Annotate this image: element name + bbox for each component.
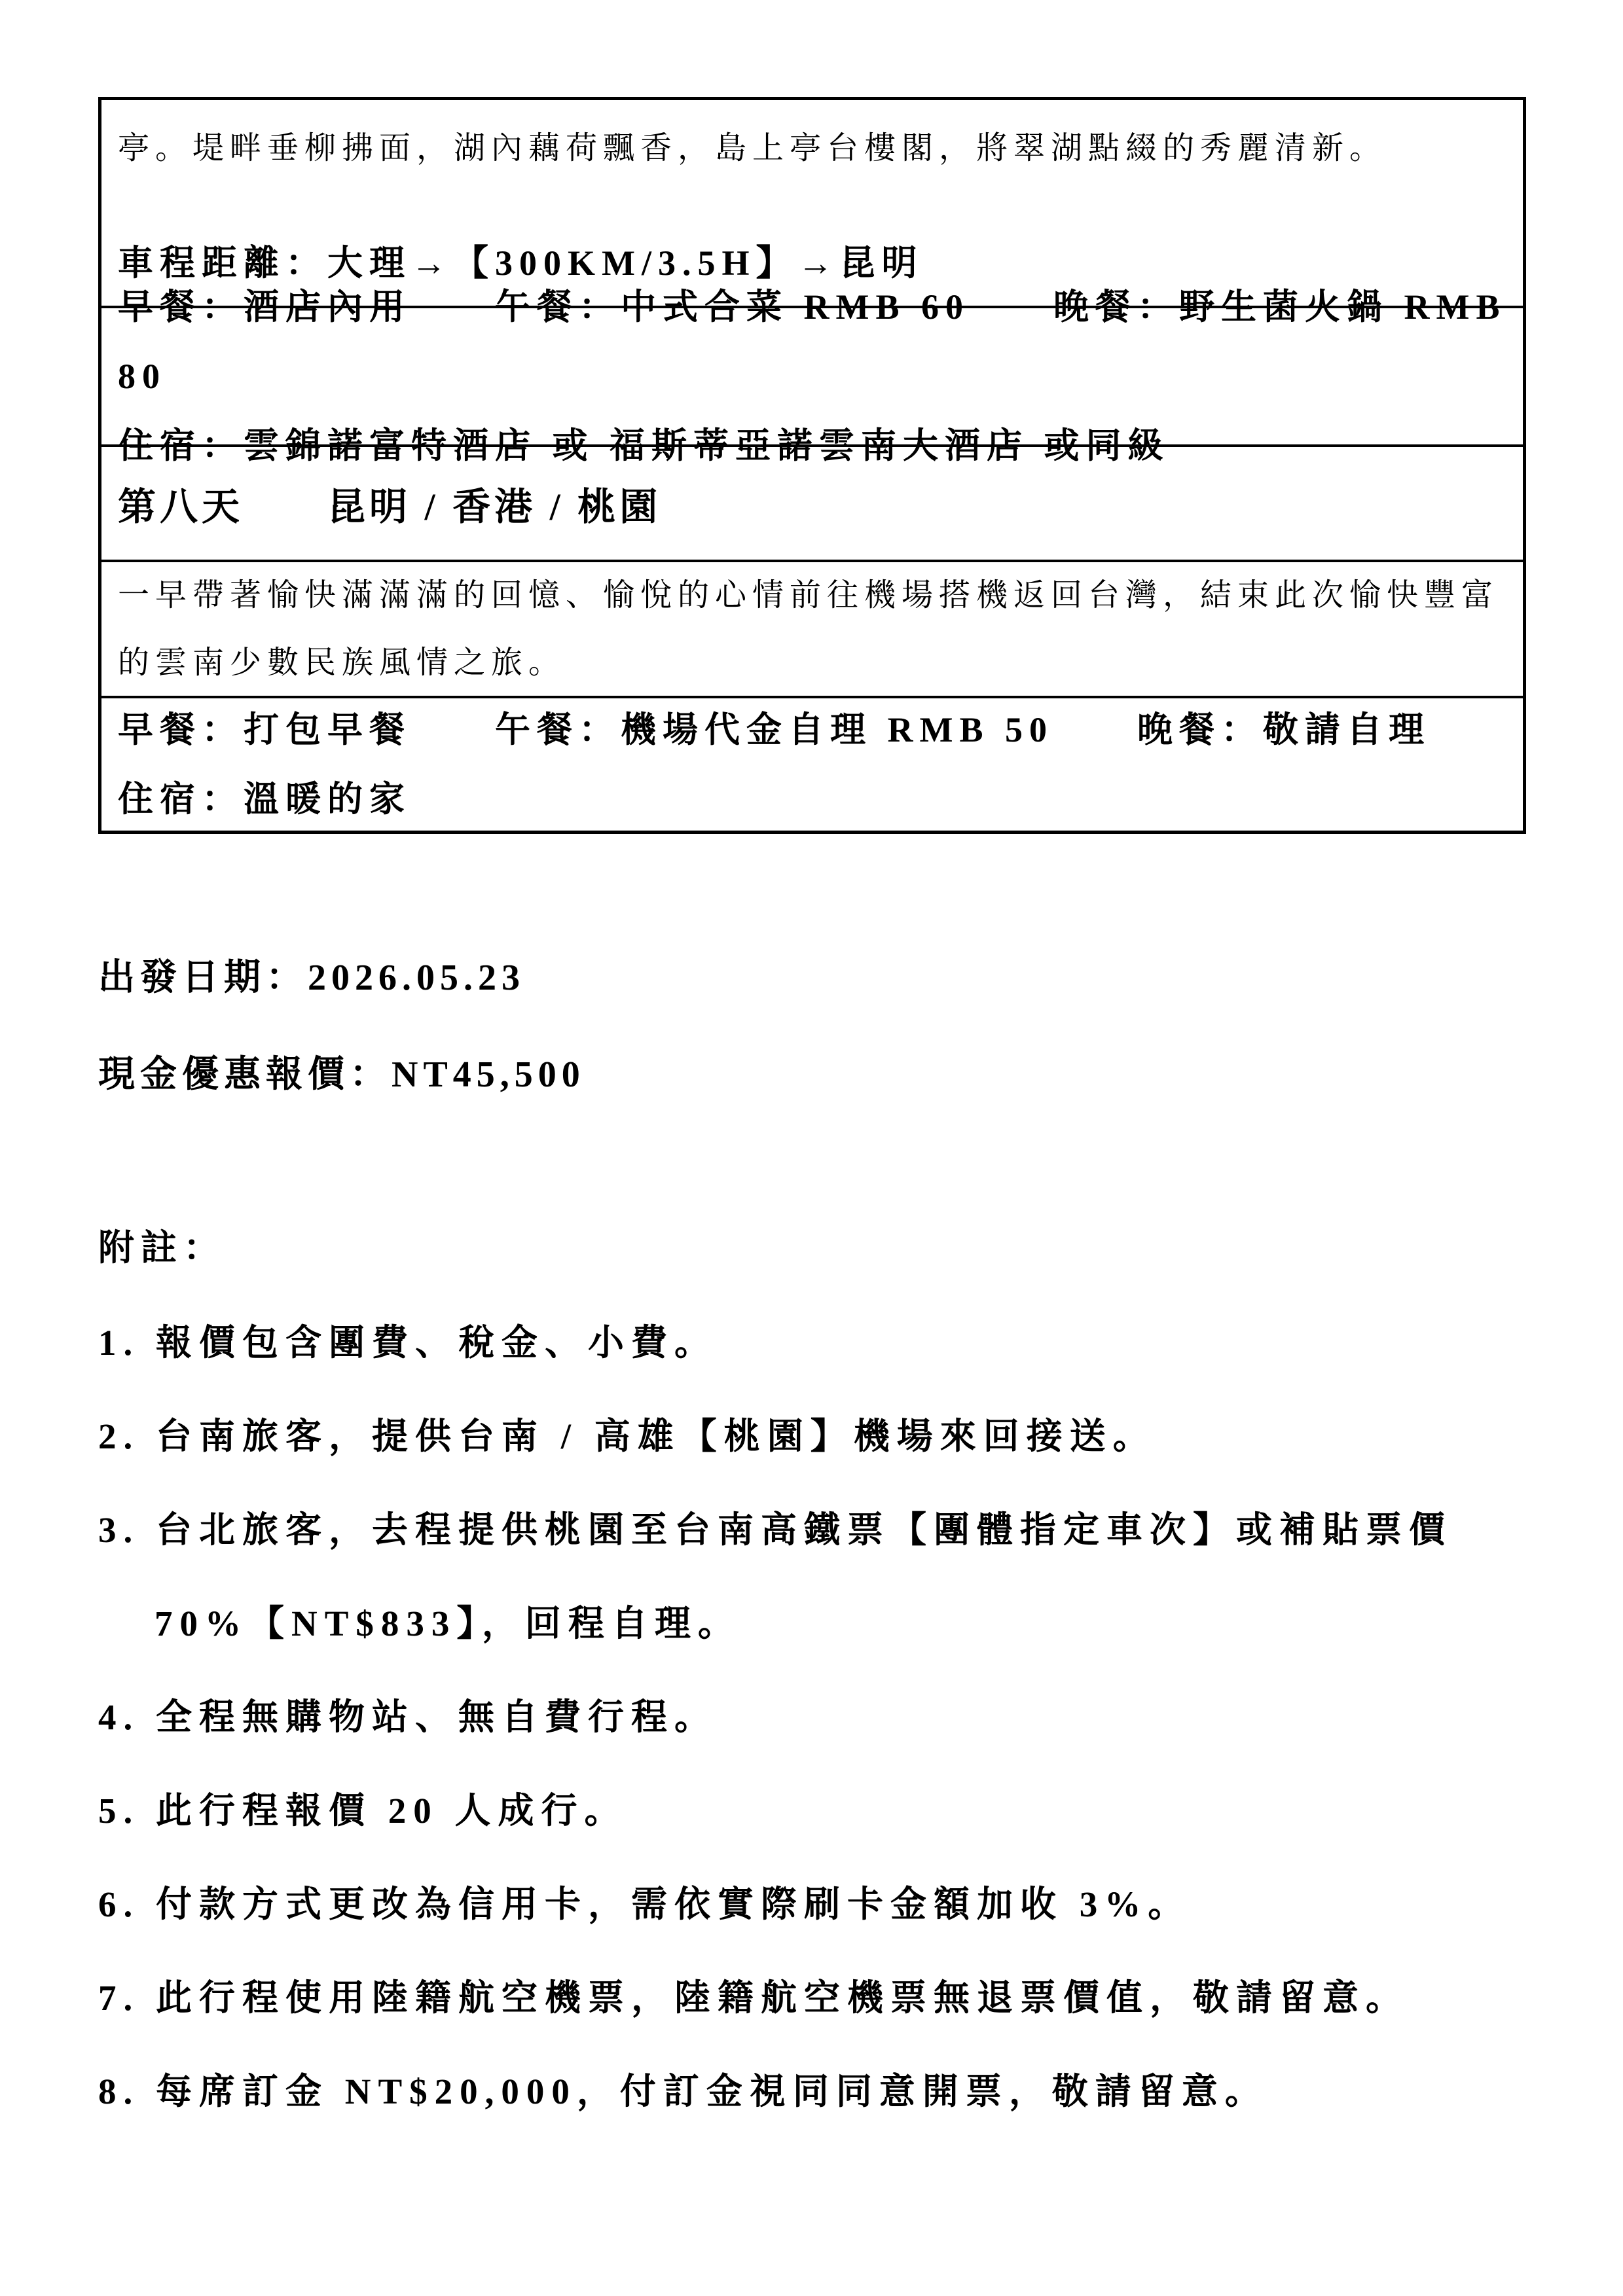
day8-description-cell: 一早帶著愉快滿滿滿的回憶、愉悅的心情前往機場搭機返回台灣，結束此次愉快豐富的雲南… bbox=[101, 560, 1523, 696]
note-1: 1. 報價包含團費、稅金、小費。 bbox=[98, 1308, 1526, 1378]
notes-block: 附註： 1. 報價包含團費、稅金、小費。 2. 台南旅客，提供台南 / 高雄【桃… bbox=[98, 1189, 1526, 2150]
note-4: 4. 全程無購物站、無自費行程。 bbox=[98, 1682, 1526, 1752]
itinerary-table: 亭。堤畔垂柳拂面，湖內藕荷飄香，島上亭台樓閣，將翠湖點綴的秀麗清新。 車程距離：… bbox=[98, 97, 1526, 834]
price-quote: 現金優惠報價：NT45,500 bbox=[98, 1038, 1526, 1111]
day8-header-title: 第八天 昆明 / 香港 / 桃園 bbox=[118, 476, 1506, 531]
day7-meals-line: 早餐：酒店內用 午餐：中式合菜 RMB 60 晚餐：野生菌火鍋 RMB 80 bbox=[118, 272, 1506, 411]
day7-description-text: 亭。堤畔垂柳拂面，湖內藕荷飄香，島上亭台樓閣，將翠湖點綴的秀麗清新。 bbox=[118, 115, 1506, 182]
day8-meals-cell: 早餐：打包早餐 午餐：機場代金自理 RMB 50 晚餐：敬請自理 住宿：溫暖的家 bbox=[101, 696, 1523, 831]
notes-header: 附註： bbox=[98, 1212, 1526, 1284]
document-page: 亭。堤畔垂柳拂面，湖內藕荷飄香，島上亭台樓閣，將翠湖點綴的秀麗清新。 車程距離：… bbox=[0, 0, 1623, 2296]
note-8: 8. 每席訂金 NT$20,000，付訂金視同同意開票，敬請留意。 bbox=[98, 2056, 1526, 2126]
day8-hotel-line: 住宿：溫暖的家 bbox=[118, 764, 1506, 834]
summary-block: 出發日期：2026.05.23 現金優惠報價：NT45,500 bbox=[98, 918, 1526, 1135]
day8-meals-line: 早餐：打包早餐 午餐：機場代金自理 RMB 50 晚餐：敬請自理 bbox=[118, 695, 1506, 764]
note-3-continuation: 70%【NT$833】，回程自理。 bbox=[98, 1588, 1526, 1659]
note-5: 5. 此行程報價 20 人成行。 bbox=[98, 1776, 1526, 1846]
day8-description-text: 一早帶著愉快滿滿滿的回憶、愉悅的心情前往機場搭機返回台灣，結束此次愉快豐富的雲南… bbox=[118, 562, 1506, 696]
note-6: 6. 付款方式更改為信用卡，需依實際刷卡金額加收 3%。 bbox=[98, 1869, 1526, 1939]
day7-meals-cell: 早餐：酒店內用 午餐：中式合菜 RMB 60 晚餐：野生菌火鍋 RMB 80 住… bbox=[101, 306, 1523, 444]
departure-date: 出發日期：2026.05.23 bbox=[98, 941, 1526, 1014]
note-7: 7. 此行程使用陸籍航空機票，陸籍航空機票無退票價值，敬請留意。 bbox=[98, 1963, 1526, 2033]
note-2: 2. 台南旅客，提供台南 / 高雄【桃園】機場來回接送。 bbox=[98, 1401, 1526, 1471]
page-content: 亭。堤畔垂柳拂面，湖內藕荷飄香，島上亭台樓閣，將翠湖點綴的秀麗清新。 車程距離：… bbox=[98, 97, 1526, 2150]
day7-hotel-line: 住宿：雲錦諾富特酒店 或 福斯蒂亞諾雲南大酒店 或同級 bbox=[118, 411, 1506, 480]
note-3: 3. 台北旅客，去程提供桃園至台南高鐵票【團體指定車次】或補貼票價 bbox=[98, 1495, 1526, 1565]
